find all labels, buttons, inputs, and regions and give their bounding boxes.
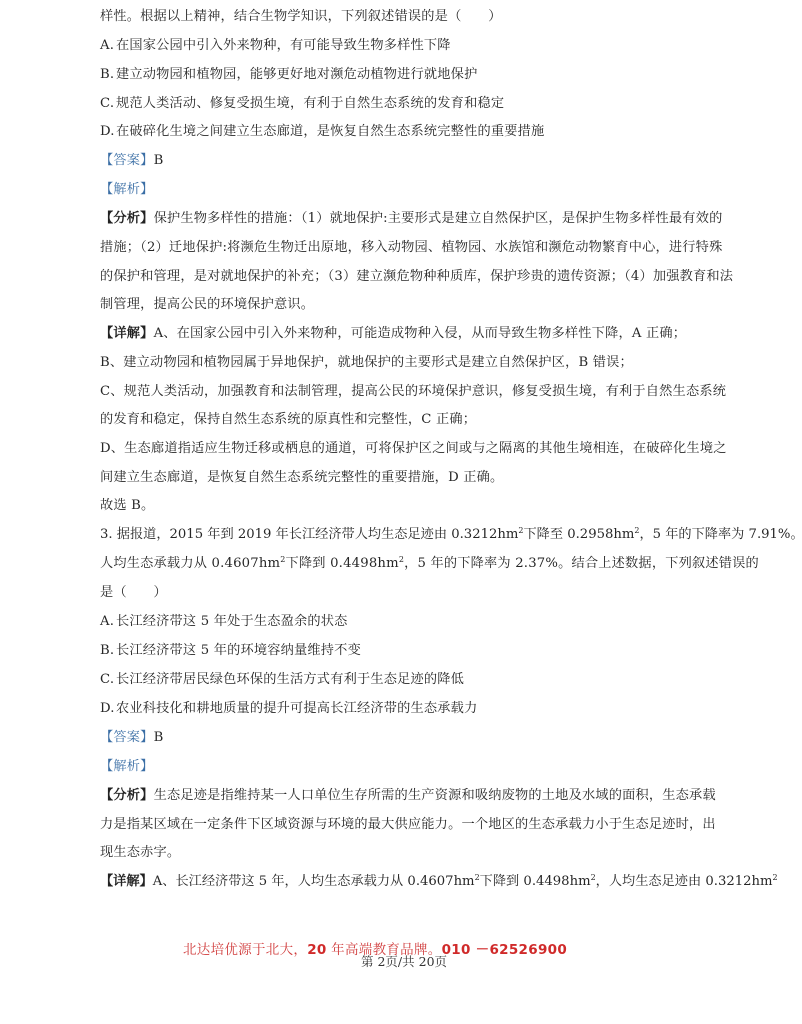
option-letter: D. <box>100 123 116 141</box>
fenxi-text: 生态足迹是指维持某一人口单位生存所需的生产资源和吸纳废物的土地及水域的面积，生态… <box>154 788 716 803</box>
answer-line: 【答案】B <box>100 729 163 747</box>
xiangjie-line: 【详解】A、长江经济带这 5 年，人均生态承载力从 0.4607hm2下降到 0… <box>100 873 778 891</box>
answer-line: 【答案】B <box>100 152 163 170</box>
stem-text: 下降至 0.2958hm <box>523 527 634 542</box>
question-3-stem-line-3: 是（ ） <box>100 584 167 602</box>
option-text: 在破碎化生境之间建立生态廊道，是恢复自然生态系统完整性的重要措施 <box>116 124 544 139</box>
xiangjie-line: C、规范人类活动，加强教育和法制管理，提高公民的环境保护意识，修复受损生境，有利… <box>100 383 726 401</box>
xiangjie-line: D、生态廊道指适应生物迁移或栖息的通道，可将保护区之间或与之隔离的其他生境相连，… <box>100 440 727 458</box>
option-c: C.规范人类活动、修复受损生境，有利于自然生态系统的发育和稳定 <box>100 95 504 113</box>
fenxi-label: 【分析】 <box>100 788 154 803</box>
fenxi-line: 措施；（2）迁地保护:将濒危生物迁出原地，移入动物园、植物园、水族馆和濒危动物繁… <box>100 239 722 257</box>
conclusion: 故选 B。 <box>100 497 154 515</box>
option-text: 建立动物园和植物园，能够更好地对濒危动植物进行就地保护 <box>116 67 477 82</box>
option-letter: A. <box>100 613 116 631</box>
option-d: D.在破碎化生境之间建立生态廊道，是恢复自然生态系统完整性的重要措施 <box>100 123 544 141</box>
stem-text: 人均生态承载力从 0.4607hm <box>100 556 280 571</box>
xiangjie-line: B、建立动物园和植物园属于异地保护，就地保护的主要形式是建立自然保护区，B 错误… <box>100 354 633 372</box>
analysis-label: 【解析】 <box>100 759 154 774</box>
option-letter: C. <box>100 95 116 113</box>
option-a: A.长江经济带这 5 年处于生态盈余的状态 <box>100 613 348 631</box>
xiangjie-line: 间建立生态廊道，是恢复自然生态系统完整性的重要措施，D 正确。 <box>100 469 503 487</box>
stem-text: ，5 年的下降率为 7.91%。 <box>639 527 802 542</box>
option-letter: A. <box>100 37 116 55</box>
fenxi-text: 保护生物多样性的措施：（1）就地保护:主要形式是建立自然保护区，是保护生物多样性… <box>154 211 723 226</box>
option-text: 长江经济带这 5 年的环境容纳量维持不变 <box>116 643 361 658</box>
option-b: B.建立动物园和植物园，能够更好地对濒危动植物进行就地保护 <box>100 66 477 84</box>
answer-value: B <box>154 153 164 168</box>
fenxi-line: 现生态赤字。 <box>100 844 180 862</box>
stem-text: 3. 据报道，2015 年到 2019 年长江经济带人均生态足迹由 0.3212… <box>100 527 518 542</box>
xiangjie-text: A、长江经济带这 5 年，人均生态承载力从 0.4607hm <box>153 874 475 889</box>
brand-years: 20 <box>307 942 326 958</box>
fenxi-line: 制管理，提高公民的环境保护意识。 <box>100 296 314 314</box>
option-c: C.长江经济带居民绿色环保的生活方式有利于生态足迹的降低 <box>100 671 464 689</box>
fenxi-line: 的保护和管理，是对就地保护的补充；（3）建立濒危物种种质库，保护珍贵的遗传资源；… <box>100 268 733 286</box>
option-letter: B. <box>100 642 116 660</box>
option-letter: B. <box>100 66 116 84</box>
option-d: D.农业科技化和耕地质量的提升可提高长江经济带的生态承载力 <box>100 700 477 718</box>
xiangjie-text: A、在国家公园中引入外来物种，可能造成物种入侵，从而导致生物多样性下降，A 正确… <box>154 326 687 341</box>
xiangjie-line: 的发育和稳定，保持自然生态系统的原真性和完整性，C 正确； <box>100 411 476 429</box>
option-text: 在国家公园中引入外来物种，有可能导致生物多样性下降 <box>116 38 451 53</box>
page-number: 第 2页/共 20页 <box>361 952 447 970</box>
stem-text: 下降到 0.4498hm <box>286 556 399 571</box>
brand-phone: 010 －62526900 <box>442 942 567 958</box>
xiangjie-text: 下降到 0.4498hm <box>480 874 591 889</box>
fenxi-line: 【分析】保护生物多样性的措施：（1）就地保护:主要形式是建立自然保护区，是保护生… <box>100 210 722 228</box>
analysis-heading: 【解析】 <box>100 181 154 199</box>
fenxi-line: 【分析】生态足迹是指维持某一人口单位生存所需的生产资源和吸纳废物的土地及水域的面… <box>100 787 716 805</box>
analysis-heading: 【解析】 <box>100 758 154 776</box>
question-3-stem-line-1: 3. 据报道，2015 年到 2019 年长江经济带人均生态足迹由 0.3212… <box>100 526 802 544</box>
xiangjie-label: 【详解】 <box>100 874 153 889</box>
answer-label: 【答案】 <box>100 153 154 168</box>
option-text: 长江经济带居民绿色环保的生活方式有利于生态足迹的降低 <box>116 672 464 687</box>
option-a: A.在国家公园中引入外来物种，有可能导致生物多样性下降 <box>100 37 451 55</box>
option-letter: C. <box>100 671 116 689</box>
option-text: 农业科技化和耕地质量的提升可提高长江经济带的生态承载力 <box>116 701 477 716</box>
superscript: 2 <box>773 873 778 882</box>
option-text: 长江经济带这 5 年处于生态盈余的状态 <box>116 614 348 629</box>
answer-value: B <box>154 730 164 745</box>
xiangjie-text: ，人均生态足迹由 0.3212hm <box>596 874 773 889</box>
fenxi-label: 【分析】 <box>100 211 154 226</box>
analysis-label: 【解析】 <box>100 182 154 197</box>
xiangjie-label: 【详解】 <box>100 326 154 341</box>
fenxi-line: 力是指某区域在一定条件下区域资源与环境的最大供应能力。一个地区的生态承载力小于生… <box>100 816 716 834</box>
question-3-stem-line-2: 人均生态承载力从 0.4607hm2下降到 0.4498hm2，5 年的下降率为… <box>100 555 759 573</box>
stem-text: ，5 年的下降率为 2.37%。结合上述数据，下列叙述错误的 <box>404 556 759 571</box>
answer-label: 【答案】 <box>100 730 154 745</box>
option-letter: D. <box>100 700 116 718</box>
question-stem-tail: 样性。根据以上精神，结合生物学知识，下列叙述错误的是（ ） <box>100 8 502 26</box>
xiangjie-line: 【详解】A、在国家公园中引入外来物种，可能造成物种入侵，从而导致生物多样性下降，… <box>100 325 686 343</box>
option-b: B.长江经济带这 5 年的环境容纳量维持不变 <box>100 642 361 660</box>
option-text: 规范人类活动、修复受损生境，有利于自然生态系统的发育和稳定 <box>116 96 504 111</box>
brand-text: 北达培优源于北大， <box>183 942 307 958</box>
